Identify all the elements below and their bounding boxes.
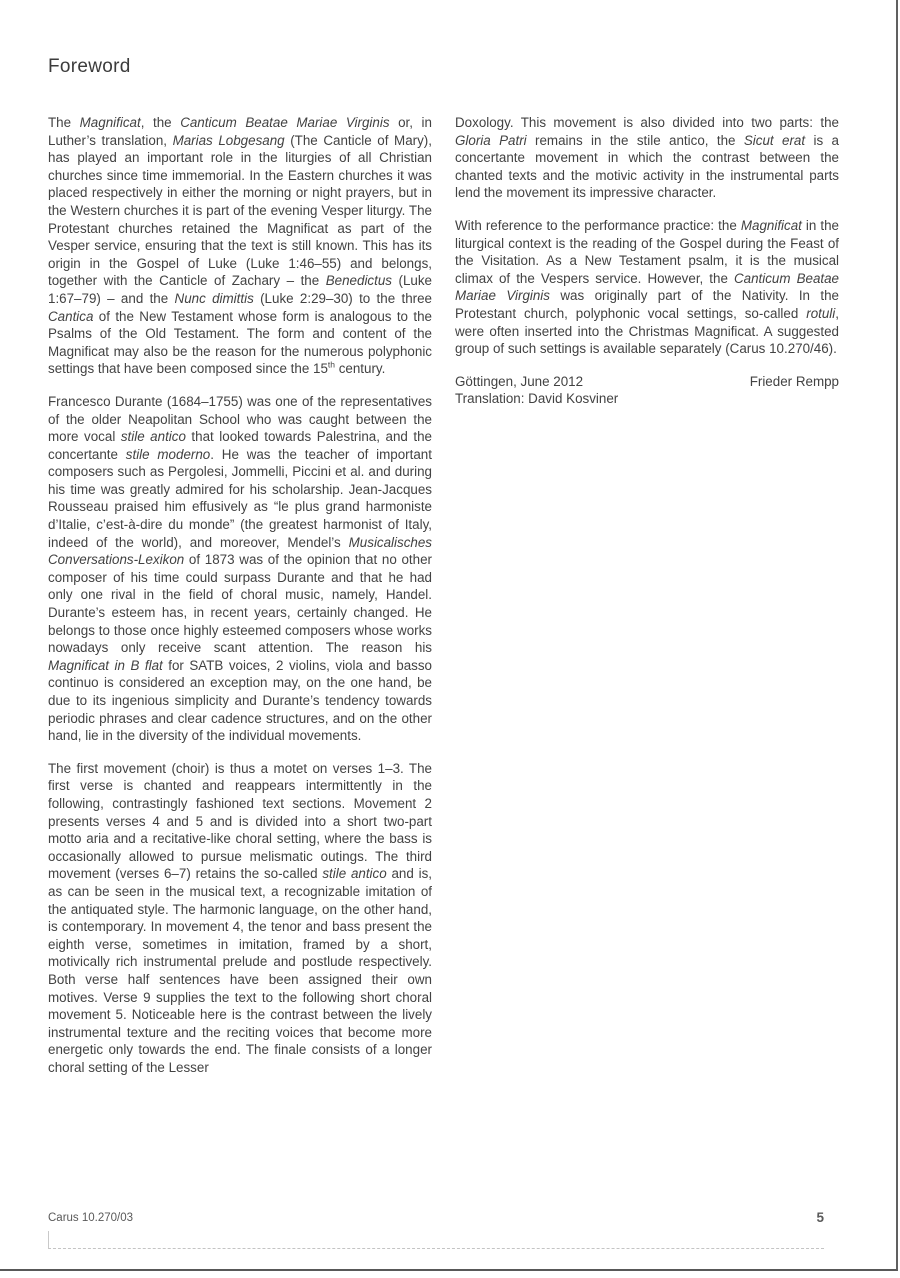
signoff: Göttingen, June 2012 Frieder Rempp Trans… <box>455 373 839 408</box>
paragraph-performance-practice: With reference to the performance practi… <box>455 217 839 358</box>
paragraph-magnificat-history: The Magnificat, the Canticum Beatae Mari… <box>48 114 432 378</box>
paragraph-durante-biography: Francesco Durante (1684–1755) was one of… <box>48 393 432 745</box>
page-number: 5 <box>816 1210 824 1225</box>
paragraph-doxology: Doxology. This movement is also divided … <box>455 114 839 202</box>
paragraph-movements-description: The first movement (choir) is thus a mot… <box>48 760 432 1077</box>
document-page: Foreword The Magnificat, the Canticum Be… <box>0 0 898 1271</box>
footer-imprint: Carus 10.270/03 <box>48 1212 133 1224</box>
page-footer: Carus 10.270/03 5 <box>48 1212 824 1227</box>
signoff-translation: Translation: David Kosviner <box>455 390 839 408</box>
column-right: Doxology. This movement is also divided … <box>455 114 839 1091</box>
text-columns: The Magnificat, the Canticum Beatae Mari… <box>48 114 839 1091</box>
footer-rule-box <box>48 1231 824 1249</box>
signoff-author: Frieder Rempp <box>750 373 839 391</box>
signoff-place-date: Göttingen, June 2012 <box>455 373 583 391</box>
signoff-row: Göttingen, June 2012 Frieder Rempp <box>455 373 839 391</box>
page-title: Foreword <box>48 56 131 78</box>
column-left: The Magnificat, the Canticum Beatae Mari… <box>48 114 432 1091</box>
